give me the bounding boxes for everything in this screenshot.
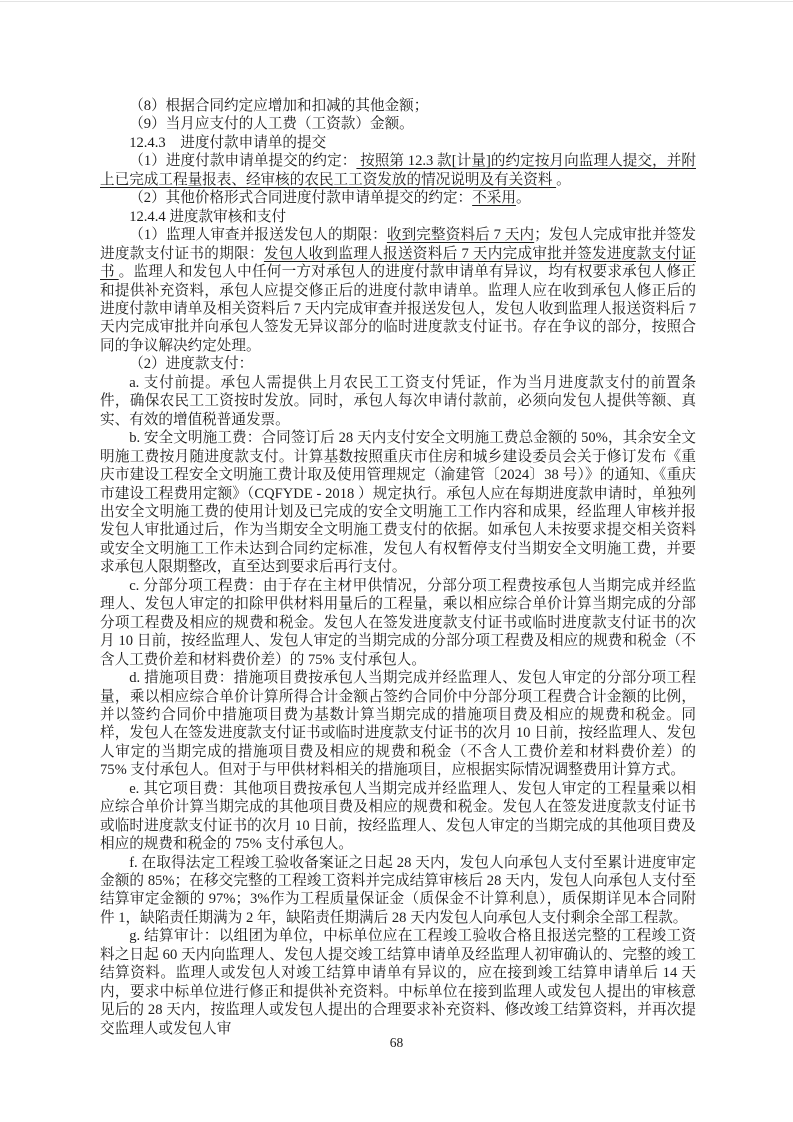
- paragraph: 12.4.3 进度付款申请单的提交: [100, 134, 696, 152]
- text-run: （8）根据合同约定应增加和扣减的其他金额；: [129, 98, 428, 114]
- paragraph: 12.4.4 进度款审核和支付: [100, 208, 696, 226]
- paragraph: （9）当月应支付的人工费（工资款）金额。: [100, 115, 696, 133]
- paragraph: （1）监理人审查并报送发包人的期限：收到完整资料后 7 天内；发包人完成审批并签…: [100, 226, 696, 355]
- text-run: g. 结算审计：以组团为单位，中标单位应在工程竣工验收合格且报送完整的工程竣工资…: [100, 928, 696, 1036]
- text-run: （2）其他价格形式合同进度付款申请单提交的约定：: [129, 190, 472, 206]
- paragraph: a. 支付前提。承包人需提供上月农民工工资支付凭证，作为当月进度款支付的前置条件…: [100, 374, 696, 429]
- paragraph: c. 分部分项工程费：由于存在主材甲供情况，分部分项工程费按承包人当期完成并经监…: [100, 577, 696, 669]
- document-body: （8）根据合同约定应增加和扣减的其他金额；（9）当月应支付的人工费（工资款）金额…: [100, 97, 696, 1038]
- text-run: （9）当月应支付的人工费（工资款）金额。: [129, 116, 414, 132]
- text-run: 。: [516, 190, 531, 206]
- text-run: a. 支付前提。承包人需提供上月农民工工资支付凭证，作为当月进度款支付的前置条件…: [100, 375, 696, 428]
- paragraph: g. 结算审计：以组团为单位，中标单位应在工程竣工验收合格且报送完整的工程竣工资…: [100, 927, 696, 1038]
- text-run: b. 安全文明施工费：合同签订后 28 天内支付安全文明施工费总金额的 50%，…: [100, 430, 696, 575]
- paragraph: （1）进度付款申请单提交的约定： 按照第 12.3 款[计量]的约定按月向监理人…: [100, 152, 696, 189]
- page-number: 68: [390, 1035, 404, 1050]
- scan-artifact-line: [0, 1, 793, 2]
- text-run: 12.4.3 进度付款申请单的提交: [129, 135, 326, 151]
- text-run: （2）进度款支付：: [129, 356, 253, 372]
- page-footer: 68: [0, 1035, 793, 1051]
- text-run: （1）监理人审查并报送发包人的期限：: [129, 227, 387, 243]
- paragraph: d. 措施项目费：措施项目费按承包人当期完成并经监理人、发包人审定的分部分项工程…: [100, 669, 696, 780]
- text-run: 。监理人和发包人中任何一方对承包人的进度付款申请单有异议，均有权要求承包人修正和…: [100, 264, 696, 354]
- filled-in-underlined-text: 不采用: [472, 190, 516, 206]
- text-run: 。: [556, 172, 571, 188]
- text-run: c. 分部分项工程费：由于存在主材甲供情况，分部分项工程费按承包人当期完成并经监…: [100, 578, 696, 668]
- text-run: d. 措施项目费：措施项目费按承包人当期完成并经监理人、发包人审定的分部分项工程…: [100, 670, 696, 778]
- paragraph: e. 其它项目费：其他项目费按承包人当期完成并经监理人、发包人审定的工程量乘以相…: [100, 780, 696, 854]
- paragraph: b. 安全文明施工费：合同签订后 28 天内支付安全文明施工费总金额的 50%，…: [100, 429, 696, 577]
- paragraph: f. 在取得法定工程竣工验收备案证之日起 28 天内，发包人向承包人支付至累计进…: [100, 854, 696, 928]
- paragraph: （8）根据合同约定应增加和扣减的其他金额；: [100, 97, 696, 115]
- paragraph: （2）其他价格形式合同进度付款申请单提交的约定：不采用。: [100, 189, 696, 207]
- paragraph: （2）进度款支付：: [100, 355, 696, 373]
- text-run: （1）进度付款申请单提交的约定：: [129, 153, 356, 169]
- text-run: e. 其它项目费：其他项目费按承包人当期完成并经监理人、发包人审定的工程量乘以相…: [100, 781, 696, 852]
- filled-in-underlined-text: 收到完整资料后 7 天内: [387, 227, 534, 243]
- text-run: 12.4.4 进度款审核和支付: [129, 209, 286, 225]
- text-run: f. 在取得法定工程竣工验收备案证之日起 28 天内，发包人向承包人支付至累计进…: [100, 855, 696, 926]
